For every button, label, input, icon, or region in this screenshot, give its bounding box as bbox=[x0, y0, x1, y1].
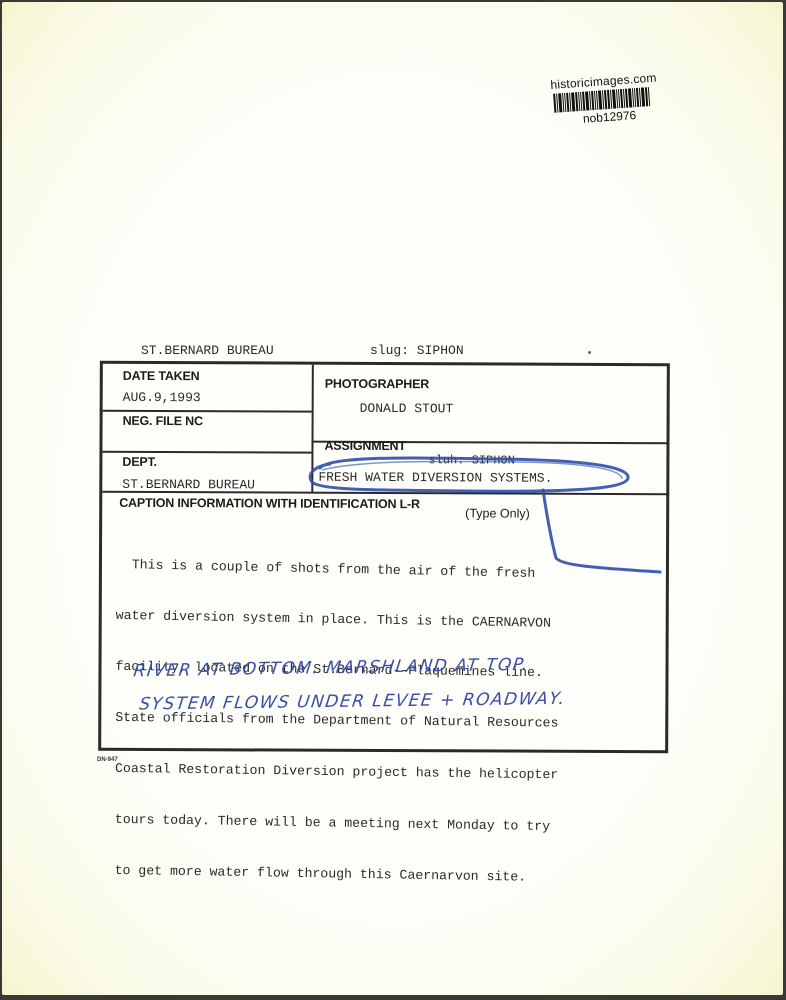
photographer-label: PHOTOGRAPHER bbox=[325, 377, 429, 391]
dept-value: ST.BERNARD BUREAU bbox=[122, 477, 255, 493]
caption-body: This is a couple of shots from the air o… bbox=[114, 522, 676, 915]
form-divider bbox=[103, 410, 312, 412]
form-divider bbox=[311, 365, 313, 492]
ink-dot bbox=[588, 351, 591, 354]
caption-line: water diversion system in place. This is… bbox=[116, 607, 676, 634]
neg-file-label: NEG. FILE NC bbox=[123, 414, 203, 428]
caption-line: to get more water flow through this Caer… bbox=[114, 862, 674, 888]
header-bureau: ST.BERNARD BUREAU bbox=[141, 343, 274, 358]
historicimages-watermark: historicimages.com nob12976 bbox=[550, 69, 678, 128]
barcode-bar bbox=[648, 87, 650, 106]
caption-line: Coastal Restoration Diversion project ha… bbox=[115, 760, 675, 785]
header-slug: slug: SIPHON bbox=[370, 343, 464, 358]
assignment-label: ASSIGNMENT bbox=[324, 439, 405, 453]
form-code: DN-947 bbox=[97, 757, 118, 763]
dept-label: DEPT. bbox=[122, 455, 156, 469]
photographer-value: DONALD STOUT bbox=[360, 401, 454, 416]
photo-caption-form: DATE TAKEN AUG.9,1993 NEG. FILE NC DEPT.… bbox=[98, 361, 670, 753]
assignment-value: FRESH WATER DIVERSION SYSTEMS. bbox=[318, 470, 552, 486]
caption-type-only-note: (Type Only) bbox=[465, 506, 530, 520]
form-divider bbox=[102, 451, 311, 453]
date-taken-value: AUG.9,1993 bbox=[123, 390, 201, 405]
assignment-slug: sluh: SIPHON bbox=[428, 453, 514, 467]
date-taken-label: DATE TAKEN bbox=[123, 369, 200, 383]
caption-line: This is a couple of shots from the air o… bbox=[116, 556, 676, 585]
caption-line: tours today. There will be a meeting nex… bbox=[115, 811, 675, 837]
caption-label: CAPTION INFORMATION WITH IDENTIFICATION … bbox=[119, 496, 420, 511]
